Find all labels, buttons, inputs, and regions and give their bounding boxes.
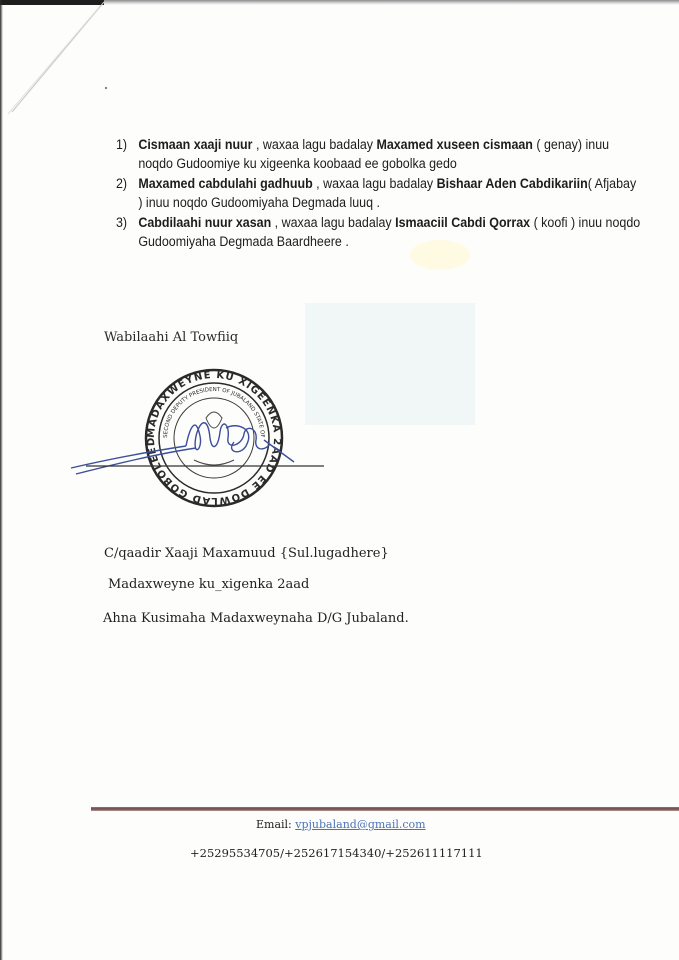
list-item: 1) Cismaan xaaji nuur , waxaa lagu badal… [116, 136, 641, 173]
page-top-edge [104, 0, 679, 5]
new-name: Maxamed xuseen cismaan [376, 137, 532, 152]
document-page: 1) Cismaan xaaji nuur , waxaa lagu badal… [0, 0, 679, 960]
new-name: Bishaar Aden Cabdikariin [437, 176, 588, 191]
connector-text: , waxaa lagu badalay [253, 137, 377, 152]
email-label: Email: [256, 818, 295, 831]
page-left-edge [0, 0, 3, 960]
paper-fold-line [0, 0, 120, 140]
list-item: 2) Maxamed cabdulahi gadhuub , waxaa lag… [116, 175, 641, 212]
old-name: Cismaan xaaji nuur [138, 137, 252, 152]
closing-phrase: Wabilaahi Al Towfiiq [104, 330, 238, 345]
new-name: Ismaaciil Cabdi Qorrax [395, 215, 530, 230]
footer-divider [91, 807, 679, 811]
old-name: Maxamed cabdulahi gadhuub [138, 176, 312, 191]
official-seal-icon: MADAXWEYNE KU XIGEENKA 2AAD EE DOWLAD GO… [66, 368, 336, 508]
footer-phone-numbers: +25295534705/+252617154340/+252611117111 [190, 846, 483, 860]
old-name: Cabdilaahi nuur xasan [138, 215, 271, 230]
connector-text: , waxaa lagu badalay [271, 215, 395, 230]
footer-email-line: Email: vpjubaland@gmail.com [256, 818, 426, 831]
signatory-role: Ahna Kusimaha Madaxweynaha D/G Jubaland. [103, 611, 409, 626]
list-item: 3) Cabdilaahi nuur xasan , waxaa lagu ba… [116, 214, 641, 251]
item-number: 1) [116, 136, 127, 155]
signatory-title: Madaxweyne ku_xigenka 2aad [108, 577, 309, 592]
item-number: 3) [116, 214, 127, 233]
connector-text: , waxaa lagu badalay [313, 176, 437, 191]
email-link[interactable]: vpjubaland@gmail.com [295, 818, 425, 831]
appointment-list: 1) Cismaan xaaji nuur , waxaa lagu badal… [116, 136, 641, 253]
signatory-name: C/qaadir Xaaji Maxamuud {Sul.lugadhere} [104, 546, 389, 561]
item-number: 2) [116, 175, 127, 194]
